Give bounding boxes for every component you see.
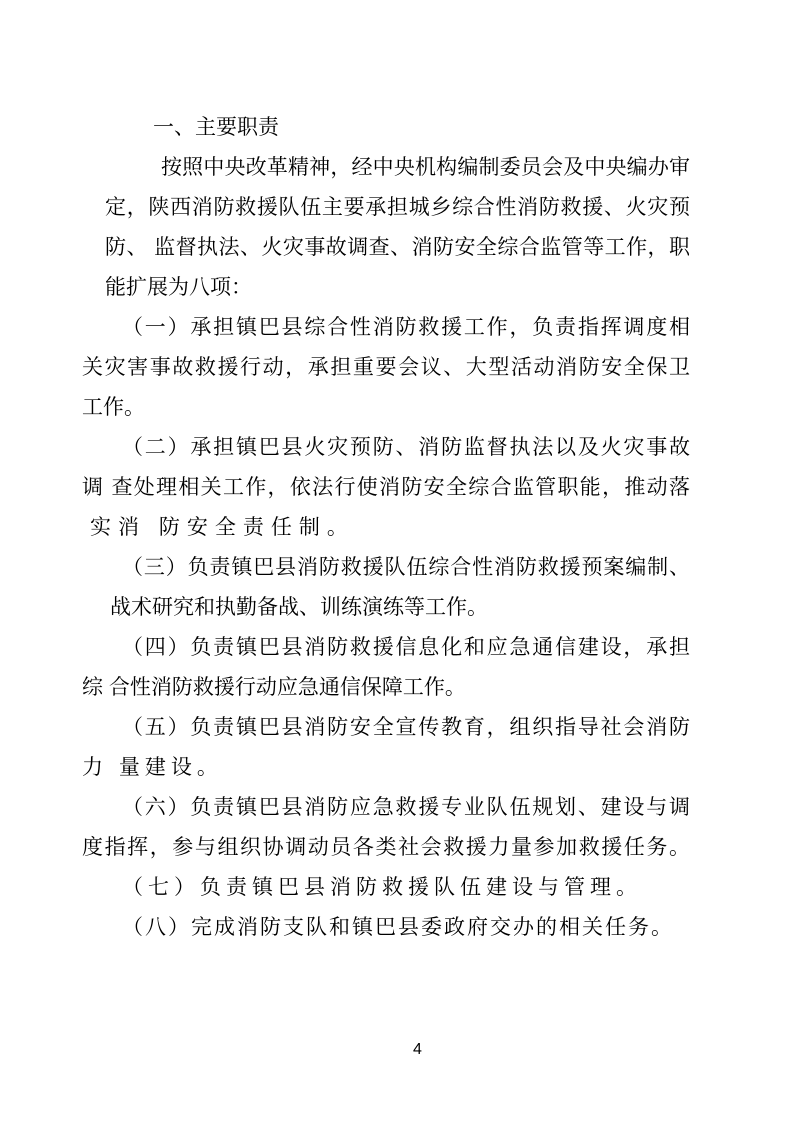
text-line: 综 合性消防救援行动应急通信保障工作。 <box>82 668 690 708</box>
text-line: 工作。 <box>82 388 690 428</box>
page-number: 4 <box>0 1040 793 1060</box>
text-line: 战术研究和执勤备战、训练演练等工作。 <box>82 588 690 628</box>
text-line: 实消 防安全责任制。 <box>82 508 690 548</box>
text-line: （三）负责镇巴县消防救援队伍综合性消防救援预案编制、 <box>82 548 690 588</box>
text-line: 定，陕西消防救援队伍主要承担城乡综合性消防救援、火灾预 <box>82 188 690 228</box>
document-page: 一、主要职责 按照中央改革精神，经中央机构编制委员会及中央编办审 定，陕西消防救… <box>0 0 793 1122</box>
text-line: 度指挥，参与组织协调动员各类社会救援力量参加救援任务。 <box>82 828 690 868</box>
section-heading: 一、主要职责 <box>82 108 690 148</box>
text-line: （五）负责镇巴县消防安全宣传教育，组织指导社会消防 <box>82 708 690 748</box>
text-line: 关灾害事故救援行动，承担重要会议、大型活动消防安全保卫 <box>82 348 690 388</box>
text-line: 力 量建设。 <box>82 748 690 788</box>
document-body: 一、主要职责 按照中央改革精神，经中央机构编制委员会及中央编办审 定，陕西消防救… <box>82 108 690 948</box>
text-line: 能扩展为八项： <box>82 268 690 308</box>
text-line: （二）承担镇巴县火灾预防、消防监督执法以及火灾事故 <box>82 428 690 468</box>
text-line: 按照中央改革精神，经中央机构编制委员会及中央编办审 <box>82 148 690 188</box>
text-line: （八）完成消防支队和镇巴县委政府交办的相关任务。 <box>82 908 690 948</box>
text-line: （一）承担镇巴县综合性消防救援工作，负责指挥调度相 <box>82 308 690 348</box>
text-line: （七）负责镇巴县消防救援队伍建设与管理。 <box>82 868 690 908</box>
text-line: （六）负责镇巴县消防应急救援专业队伍规划、建设与调 <box>82 788 690 828</box>
text-line: （四）负责镇巴县消防救援信息化和应急通信建设，承担 <box>82 628 690 668</box>
text-line: 防、 监督执法、火灾事故调查、消防安全综合监管等工作，职 <box>82 228 690 268</box>
text-line: 调 查处理相关工作，依法行使消防安全综合监管职能，推动落 <box>82 468 690 508</box>
